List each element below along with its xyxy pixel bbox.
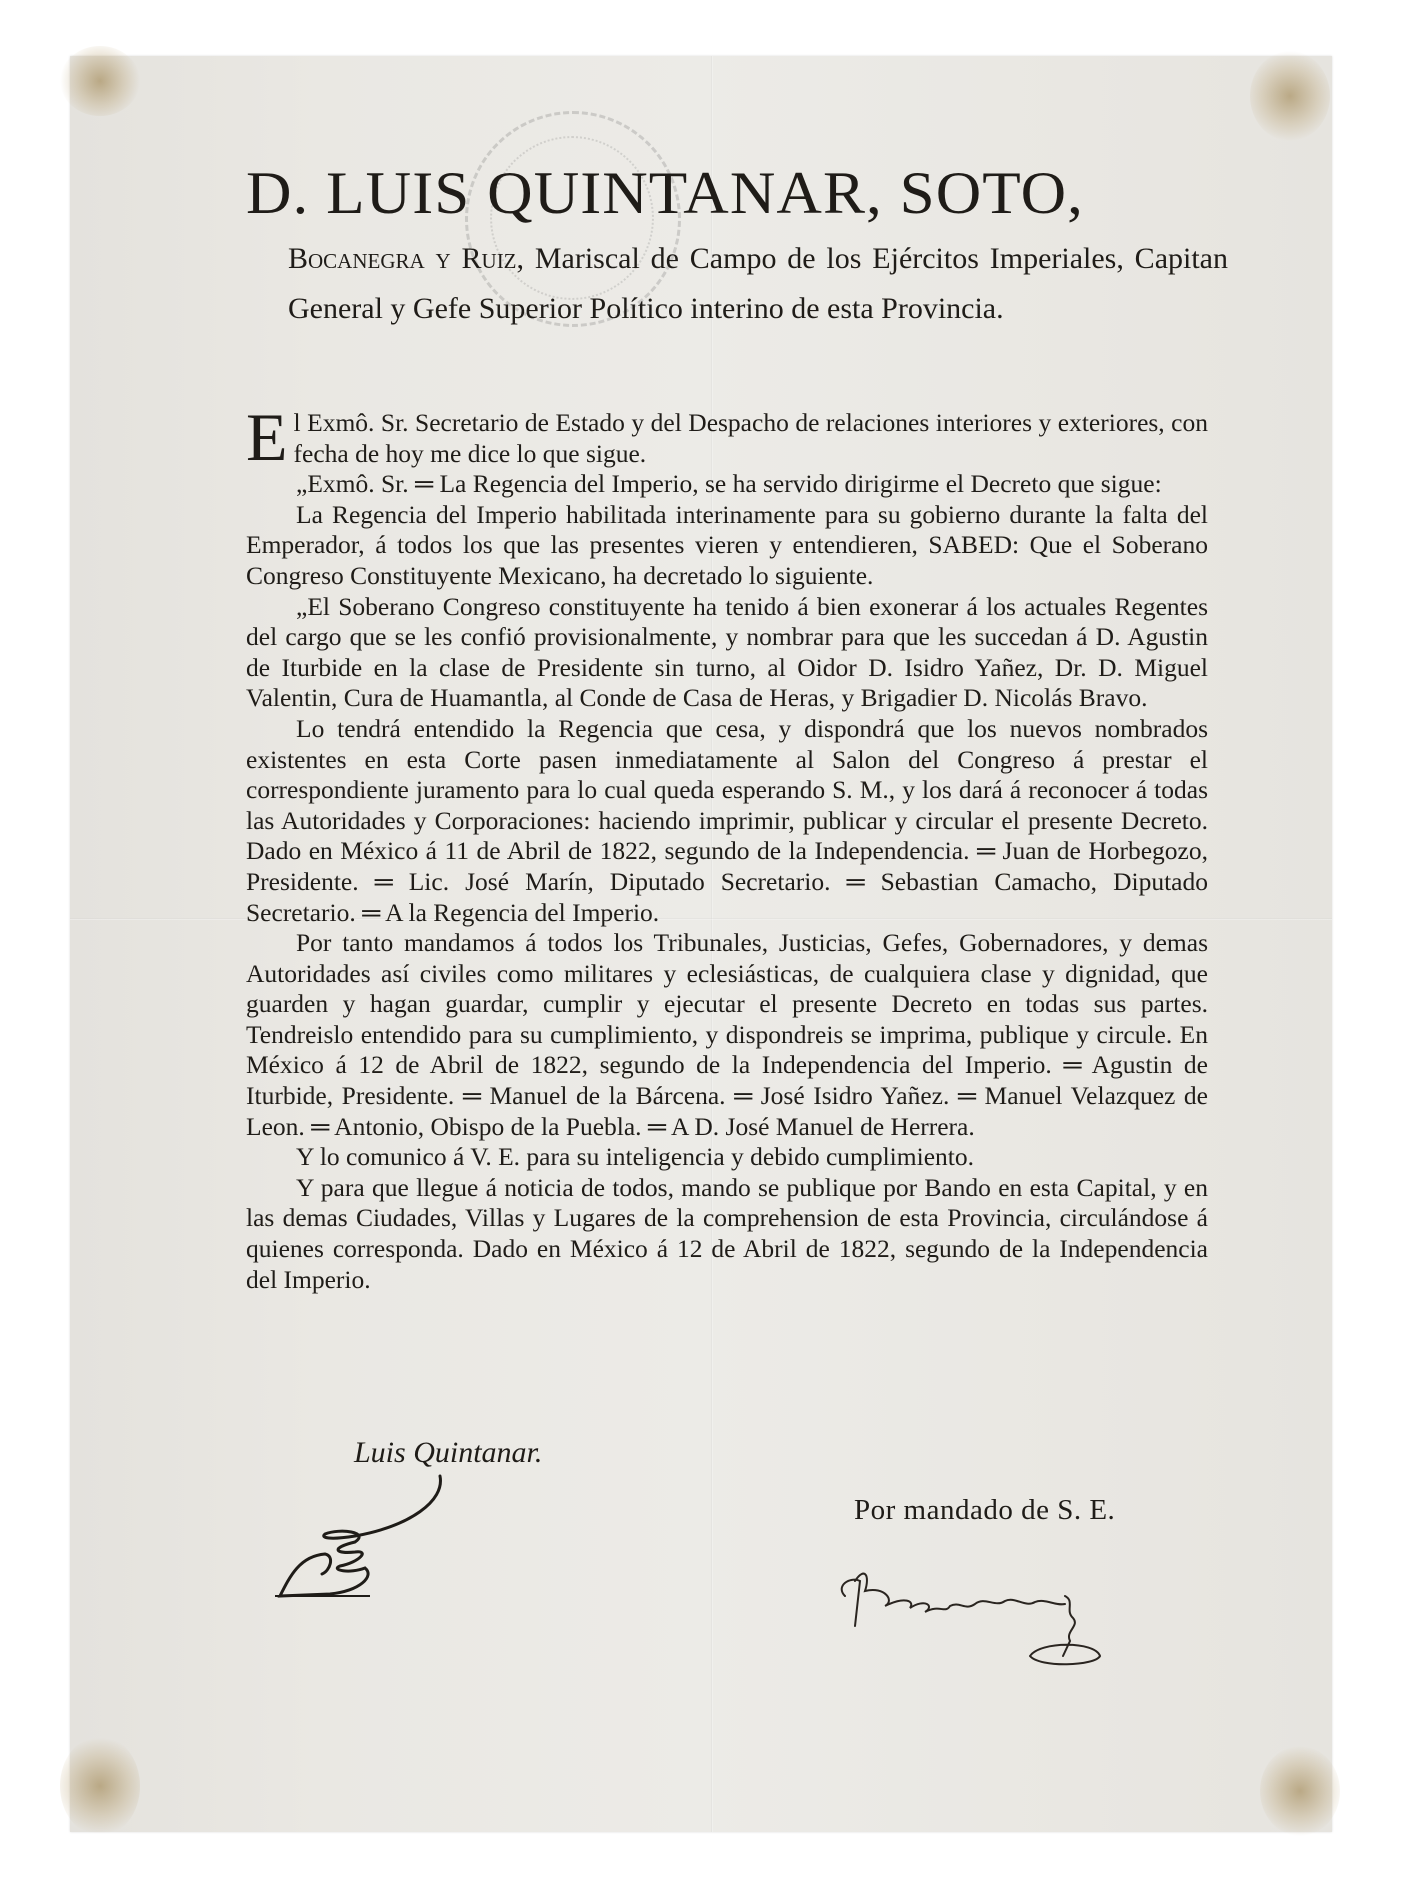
handwritten-signature-secretary [825,1546,1125,1676]
document-body: El Exmô. Sr. Secretario de Estado y del … [246,408,1208,1295]
countersign-label: Por mandado de S. E. [854,1494,1115,1527]
paragraph-7: Y lo comunico á V. E. para su inteligenc… [246,1142,1208,1173]
drop-cap: E [246,410,288,464]
paragraph-6: Por tanto mandamos á todos los Tribunale… [246,928,1208,1142]
document-paper: D. LUIS QUINTANAR, SOTO, Bocanegra y Rui… [70,56,1332,1832]
paragraph-5: Lo tendrá entendido la Regencia que cesa… [246,714,1208,928]
subheading-smallcaps: Bocanegra y Ruiz, [288,242,524,275]
document-subheading: Bocanegra y Ruiz, Mariscal de Campo de l… [288,234,1228,334]
foxing-stain-top-left [60,46,140,116]
paragraph-4: „El Soberano Congreso constituyente ha t… [246,592,1208,714]
foxing-stain-top-right [1250,51,1330,141]
rubric-signature-quintanar [260,1456,560,1606]
paragraph-1: El Exmô. Sr. Secretario de Estado y del … [246,408,1208,469]
foxing-stain-bottom-left [60,1736,140,1836]
paragraph-2: „Exmô. Sr. ═ La Regencia del Imperio, se… [246,469,1208,500]
document-heading: D. LUIS QUINTANAR, SOTO, [246,158,1275,228]
paragraph-8: Y para que llegue á noticia de todos, ma… [246,1173,1208,1295]
paragraph-3: La Regencia del Imperio habilitada inter… [246,500,1208,592]
foxing-stain-bottom-right [1260,1746,1340,1836]
